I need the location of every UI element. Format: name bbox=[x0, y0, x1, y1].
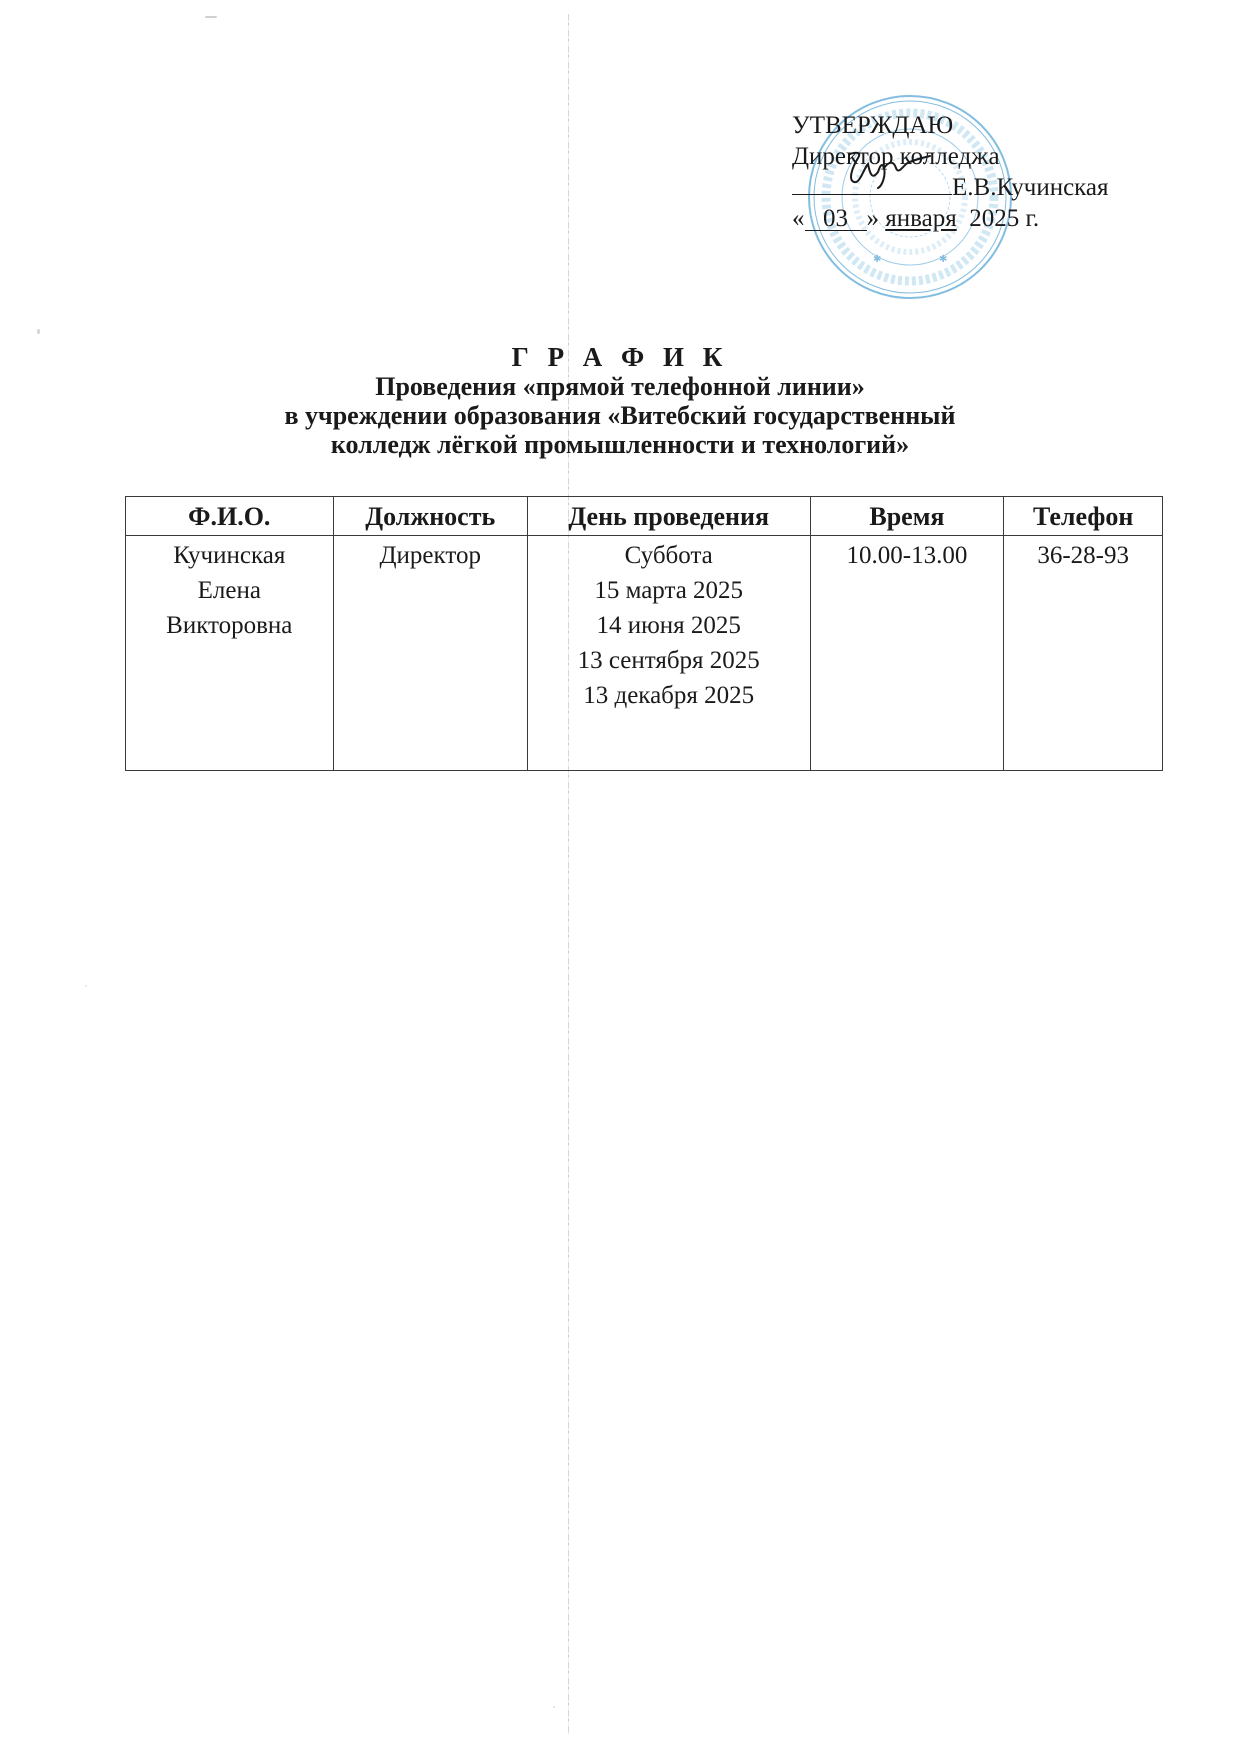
approval-heading: УТВЕРЖДАЮ bbox=[792, 110, 1109, 141]
header-day: День проведения bbox=[527, 497, 810, 536]
signature-blank bbox=[792, 172, 952, 195]
title-line-1: Проведения «прямой телефонной линии» bbox=[0, 372, 1240, 401]
cell-full-name: Кучинская Елена Викторовна bbox=[126, 536, 334, 771]
title-line-3: колледж лёгкой промышленности и технолог… bbox=[0, 430, 1240, 459]
scan-speck bbox=[553, 1706, 555, 1708]
schedule-table: Ф.И.О. Должность День проведения Время Т… bbox=[125, 496, 1163, 771]
svg-text:✱: ✱ bbox=[873, 254, 881, 265]
header-phone: Телефон bbox=[1004, 497, 1163, 536]
document-title: Г Р А Ф И К Проведения «прямой телефонно… bbox=[0, 343, 1240, 459]
header-position: Должность bbox=[333, 497, 527, 536]
title-main: Г Р А Ф И К bbox=[0, 343, 1240, 372]
cell-phone: 36-28-93 bbox=[1004, 536, 1163, 771]
approval-date-month: января bbox=[885, 205, 956, 232]
cell-position: Директор bbox=[333, 536, 527, 771]
cell-days: Суббота 15 марта 2025 14 июня 2025 13 се… bbox=[527, 536, 810, 771]
approval-signature-line: Е.В.Кучинская bbox=[792, 172, 1109, 203]
title-line-2: в учреждении образования «Витебский госу… bbox=[0, 401, 1240, 430]
approval-position: Директор колледжа bbox=[792, 141, 1109, 172]
scan-fold-line bbox=[568, 14, 569, 1734]
scan-speck bbox=[37, 329, 40, 334]
cell-time: 10.00-13.00 bbox=[810, 536, 1004, 771]
scan-speck bbox=[85, 985, 87, 987]
approval-date: «03» января 2025 г. bbox=[792, 203, 1109, 234]
table-row: Кучинская Елена Викторовна Директор Субб… bbox=[126, 536, 1163, 771]
handwritten-signature-icon bbox=[842, 146, 932, 190]
header-full-name: Ф.И.О. bbox=[126, 497, 334, 536]
approval-date-year: 2025 г. bbox=[969, 205, 1039, 232]
table-header-row: Ф.И.О. Должность День проведения Время Т… bbox=[126, 497, 1163, 536]
svg-text:✱: ✱ bbox=[939, 254, 947, 265]
approval-date-day: 03 bbox=[805, 208, 867, 231]
approval-signatory: Е.В.Кучинская bbox=[952, 174, 1109, 201]
approval-block: УТВЕРЖДАЮ Директор колледжа Е.В.Кучинска… bbox=[792, 110, 1109, 234]
scan-speck bbox=[205, 16, 217, 18]
header-time: Время bbox=[810, 497, 1004, 536]
